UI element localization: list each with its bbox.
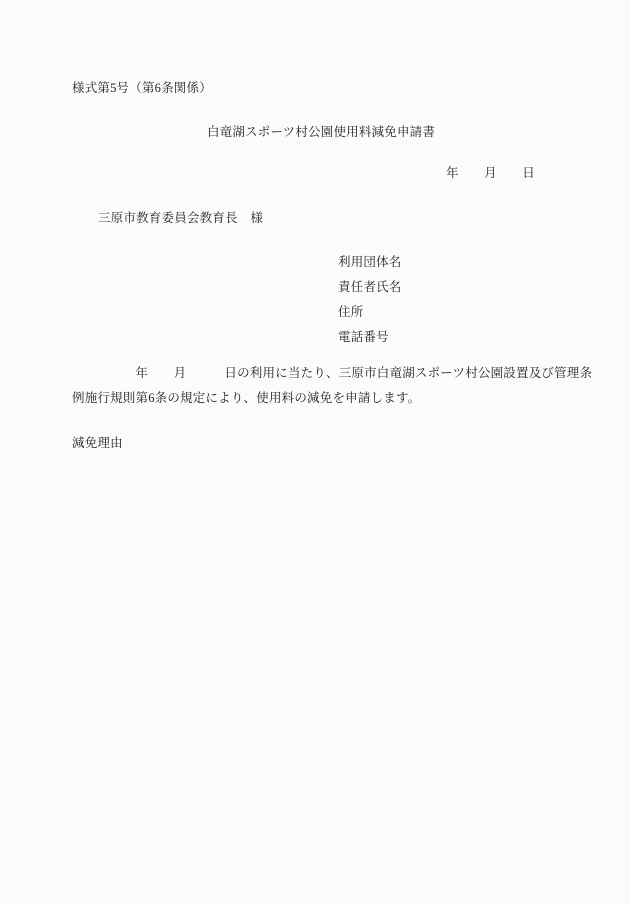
form-number: 様式第5号（第6条関係） xyxy=(72,81,212,96)
field-label-organization-name: 利用団体名 xyxy=(338,255,402,270)
reduction-reason-label: 減免理由 xyxy=(72,436,123,451)
application-form-page: 様式第5号（第6条関係） 白竜湖スポーツ村公園使用料減免申請書 年 月 日 三原… xyxy=(0,0,630,903)
field-label-address: 住所 xyxy=(338,305,363,320)
addressee-line: 三原市教育委員会教育長 様 xyxy=(98,211,263,226)
field-label-responsible-person-name: 責任者氏名 xyxy=(338,280,402,295)
body-paragraph-line-1: 年 月 日の利用に当たり、三原市白竜湖スポーツ村公園設置及び管理条 xyxy=(72,366,592,381)
document-title: 白竜湖スポーツ村公園使用料減免申請書 xyxy=(12,125,630,140)
application-date-line: 年 月 日 xyxy=(446,166,535,181)
document-page: { "page": { "background_color": "#fbfbfb… xyxy=(0,0,630,903)
field-label-phone-number: 電話番号 xyxy=(338,330,389,345)
body-paragraph-line-2: 例施行規則第6条の規定により、使用料の減免を申請します。 xyxy=(72,391,420,406)
